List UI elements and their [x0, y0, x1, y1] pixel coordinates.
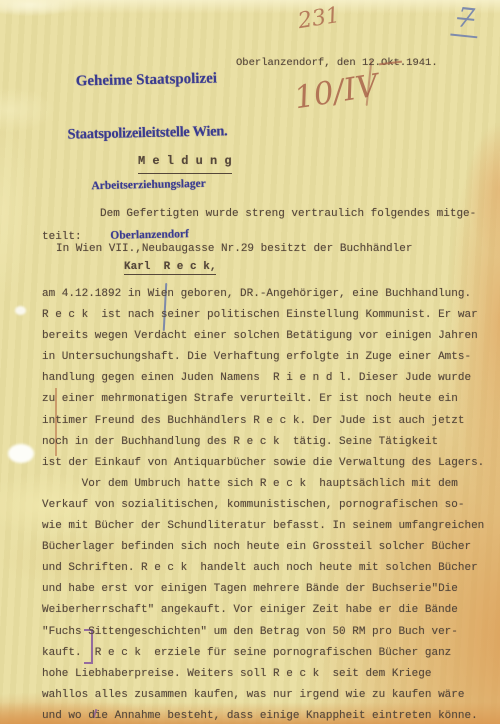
typed-line: Verkauf von sozialitischen, kommunistisc…: [42, 495, 482, 516]
dateline-suffix: .1941.: [400, 57, 438, 69]
dateline-prefix: Oberlanzendorf, den 12.: [236, 57, 381, 69]
typed-line: ist der Einkauf von Antiquarbücher sowie…: [42, 453, 482, 474]
typed-line: am 4.12.1892 in Wien geboren, DR.-Angehö…: [42, 284, 482, 305]
handwritten-blue-corner-mark: 7: [450, 2, 481, 39]
typed-line: und habe erst vor einigen Tagen mehrere …: [42, 579, 482, 600]
typed-line: handlung gegen einen Juden Namens R i e …: [42, 368, 482, 389]
intro-line-1: Dem Gefertigten wurde streng vertraulich…: [100, 204, 476, 225]
typed-line: in Untersuchungshaft. Die Verhaftung erf…: [42, 347, 482, 368]
subject-name-line: Karl R e c k,: [124, 257, 216, 278]
typed-line: noch in der Buchhandlung des R e c k tät…: [42, 432, 482, 453]
stamp-line-3: Arbeitserziehungslager: [50, 176, 246, 194]
typed-line: und Schriften. R e c k handelt auch noch…: [42, 558, 482, 579]
scanned-document-page: Geheime Staatspolizei Staatspolizeileits…: [0, 0, 500, 724]
stamp-line-1: Geheime Staatspolizei: [48, 70, 244, 91]
typed-line: kauft. R e c k erziele für seine pornogr…: [42, 643, 482, 664]
typed-line: intimer Freund des Buchhändlers R e c k.…: [42, 411, 482, 432]
typed-line: Weiberherrschaft" angekauft. Vor einiger…: [42, 600, 482, 621]
stamp-line-2: Staatspolizeileitstelle Wien.: [49, 123, 245, 144]
report-body: am 4.12.1892 in Wien geboren, DR.-Angehö…: [42, 284, 482, 724]
typed-line: wie mit Bücher der Schundliteratur befas…: [42, 516, 482, 537]
dateline: Oberlanzendorf, den 12.Okt.1941.: [236, 53, 438, 74]
subject-name: Karl R e c k,: [124, 261, 216, 275]
paper-fleck: [15, 306, 26, 315]
handwritten-folio-number: 231: [296, 3, 341, 34]
typed-line: wahllos alles zusammen kaufen, was nur i…: [42, 685, 482, 706]
struck-month: Okt: [381, 53, 400, 74]
typed-line: und wo die Annahme besteht, dass einige …: [42, 706, 482, 724]
typed-line: "Fuchs Sittengeschichten" um den Betrag …: [42, 622, 482, 643]
typed-line: R e c k ist nach seiner politischen Eins…: [42, 305, 482, 326]
handwritten-registry-mark: 10/IV: [292, 68, 381, 117]
typed-line: zu einer mehrmonatigen Strafe verurteilt…: [42, 389, 482, 410]
typed-line: hohe Liebhaberpreise. Weiters soll R e c…: [42, 664, 482, 685]
intro-line-3: In Wien VII.,Neubaugasse Nr.29 besitzt d…: [56, 239, 412, 260]
typed-line: Vor dem Umbruch hatte sich R e c k haupt…: [42, 474, 482, 495]
typed-line: bereits wegen Verdacht einer solchen Bet…: [42, 326, 482, 347]
punch-hole: [8, 444, 34, 463]
report-title: M e l d u n g: [138, 151, 232, 174]
typed-line: Bücherlager befinden sich noch heute ein…: [42, 537, 482, 558]
